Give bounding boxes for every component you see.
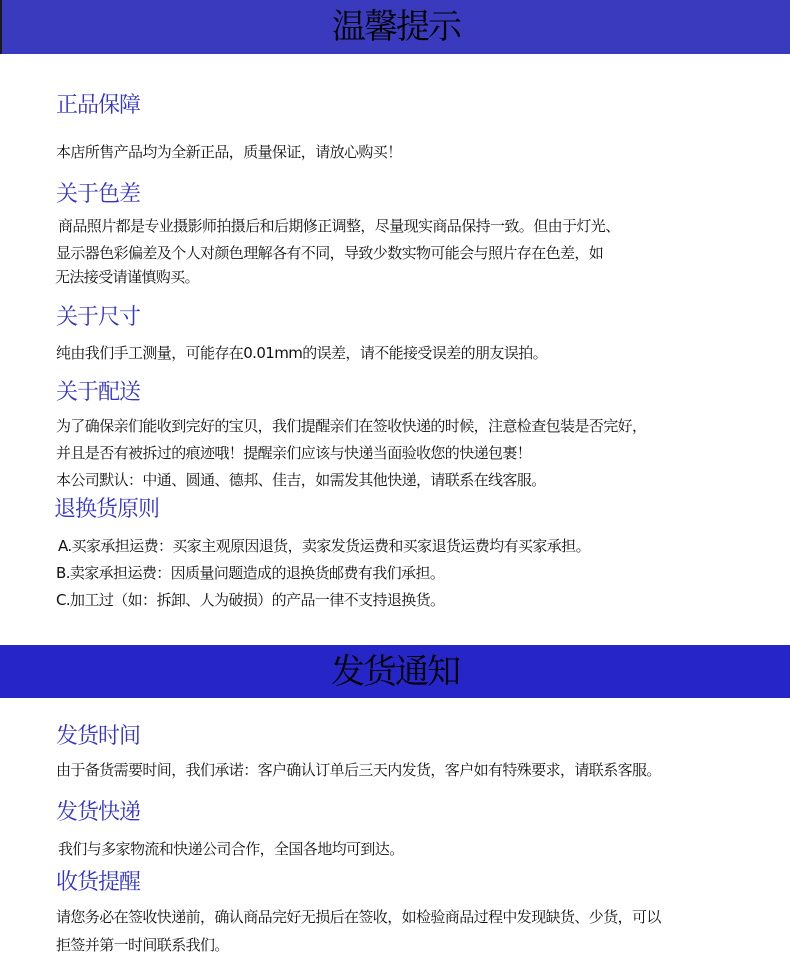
shipping-banner-title: 发货通知 [331,655,459,689]
section-text-color-diff-2: 显示器色彩偏差及个人对颜色理解各有不同，导致少数实物可能会与照片存在色差，如 [56,246,603,261]
section-heading-receipt: 收货提醒 [56,872,140,894]
section-text-ship-time: 由于备货需要时间，我们承诺：客户确认订单后三天内发货，客户如有特殊要求，请联系客… [56,763,661,778]
section-heading-genuine: 正品保障 [56,95,140,117]
section-text-size: 纯由我们手工测量，可能存在0.01mm的误差，请不能接受误差的朋友误拍。 [56,346,547,361]
section-heading-size: 关于尺寸 [56,307,140,329]
tips-banner-title: 温馨提示 [332,10,460,44]
tips-banner: 温馨提示 [0,0,790,54]
section-text-receipt-1: 请您务必在签收快递前，确认商品完好无损后在签收，如检验商品过程中发现缺货、少货，… [56,910,661,925]
section-text-ship-courier: 我们与多家物流和快递公司合作，全国各地均可到达。 [58,842,404,857]
section-heading-returns: 退换货原则 [54,499,159,521]
section-text-returns-b: B.卖家承担运费：因质量问题造成的退换货邮费有我们承担。 [56,566,444,581]
section-text-genuine: 本店所售产品均为全新正品，质量保证，请放心购买！ [56,145,402,160]
section-text-receipt-2: 拒签并第一时间联系我们。 [56,938,229,953]
section-heading-ship-time: 发货时间 [56,726,140,748]
section-text-color-diff-1: 商品照片都是专业摄影师拍摄后和后期修正调整，尽量现实商品保持一致。但由于灯光、 [58,219,620,234]
section-heading-color-diff: 关于色差 [56,184,140,206]
section-heading-delivery: 关于配送 [56,382,140,404]
section-text-delivery-2: 并且是否有被拆过的痕迹哦！提醒亲们应该与快递当面验收您的快递包裹！ [56,446,531,461]
section-text-returns-a: A.买家承担运费：买家主观原因退货，卖家发货运费和买家退货运费均有买家承担。 [58,539,590,554]
section-text-delivery-1: 为了确保亲们能收到完好的宝贝，我们提醒亲们在签收快递的时候，注意检查包装是否完好… [56,419,646,434]
section-heading-ship-courier: 发货快递 [56,802,140,824]
section-text-delivery-3: 本公司默认：中通、圆通、德邦、佳吉，如需发其他快递，请联系在线客服。 [56,473,546,488]
shipping-banner: 发货通知 [0,645,790,698]
section-text-color-diff-3: 无法接受请谨慎购买。 [55,270,199,285]
section-text-returns-c: C.加工过（如：拆卸、人为破损）的产品一律不支持退换货。 [56,593,444,608]
